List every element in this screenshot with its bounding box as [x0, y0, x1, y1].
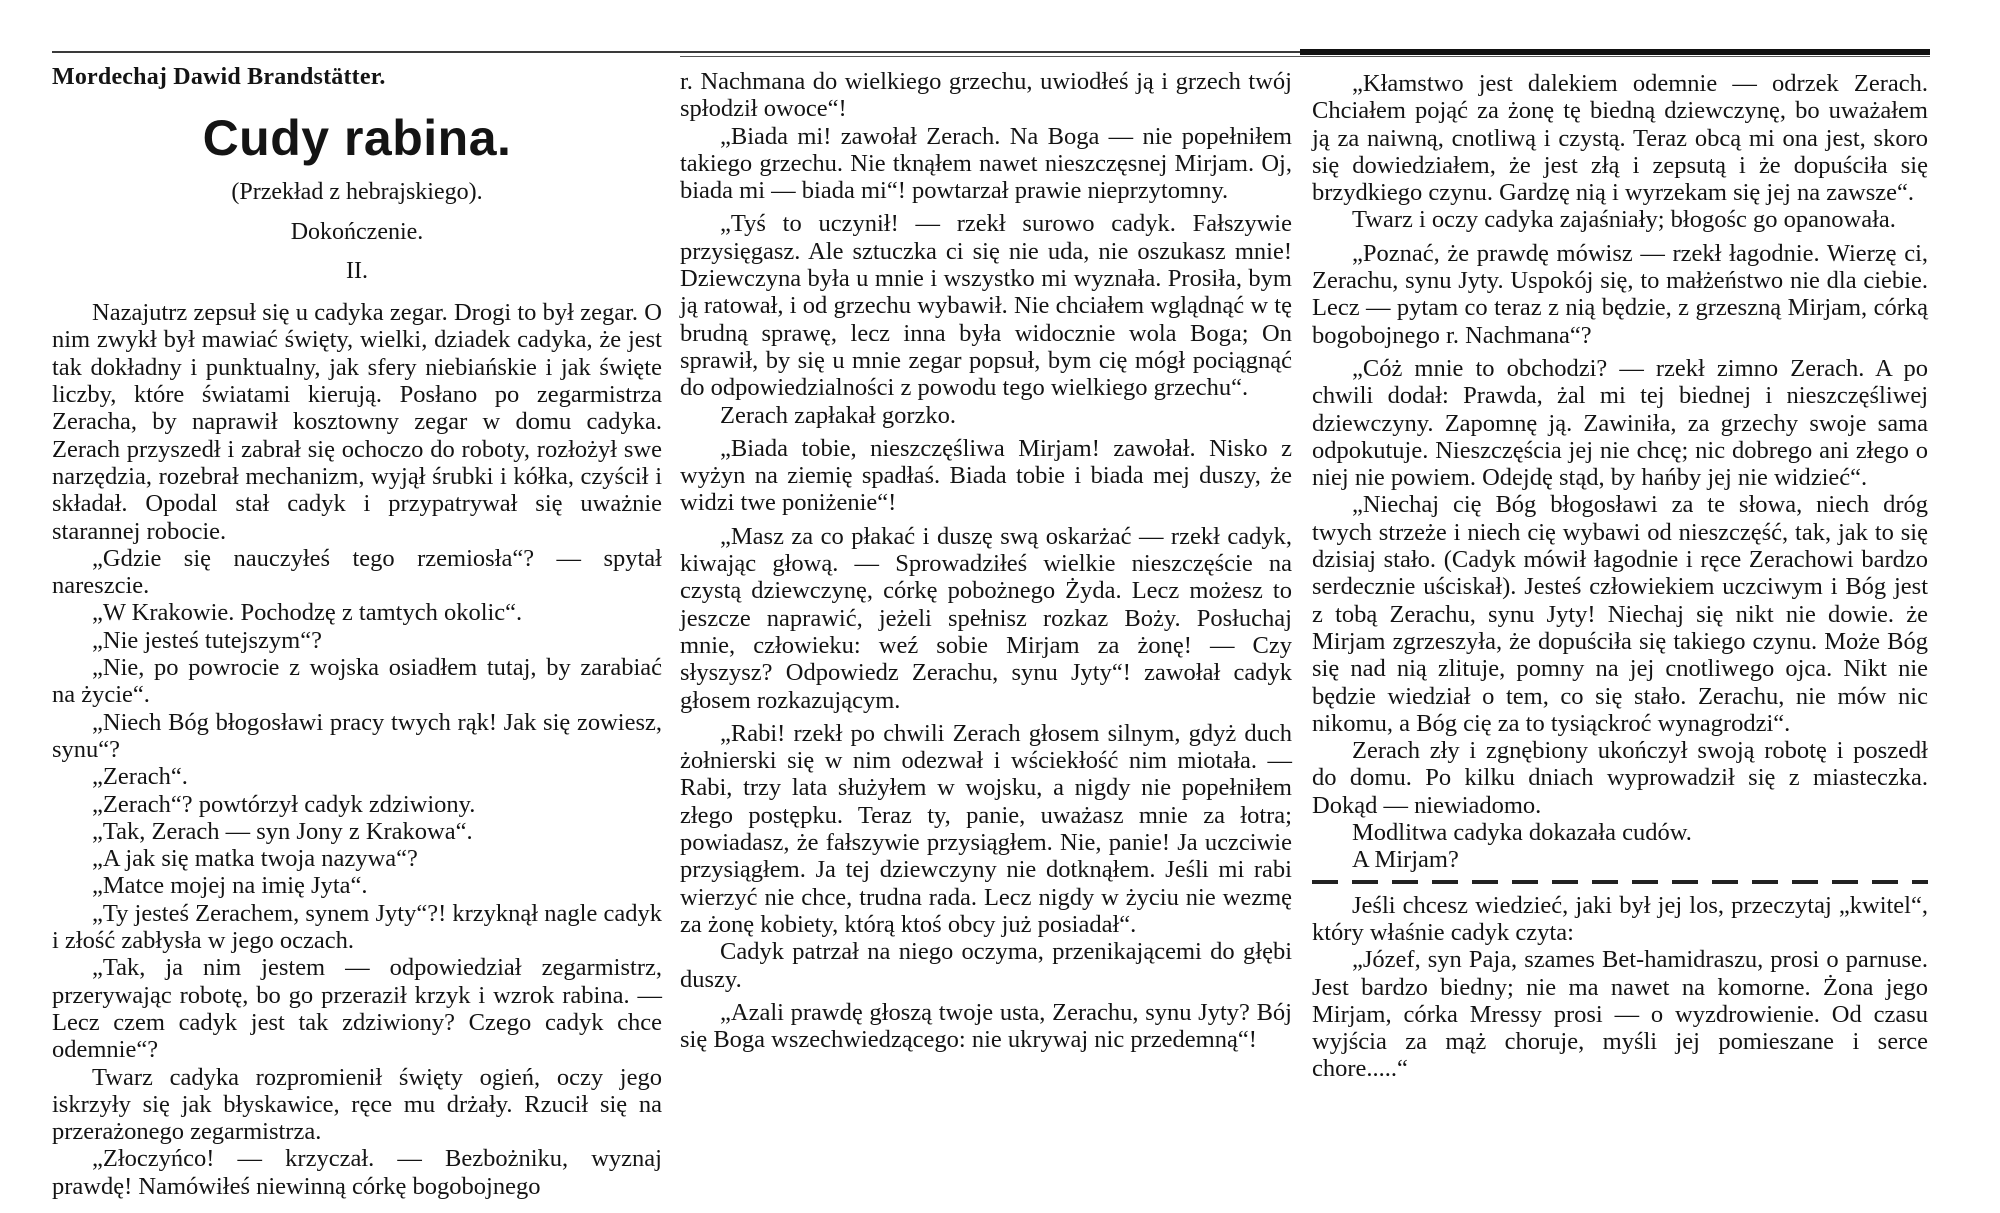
- paragraph: „Gdzie się nauczyłeś tego rzemiosła“? — …: [52, 545, 662, 600]
- paragraph: „Biada mi! zawołał Zerach. Na Boga — nie…: [680, 123, 1292, 205]
- paragraph: „Kłamstwo jest dalekiem odemnie — odrzek…: [1312, 70, 1928, 206]
- paragraph: „Zerach“? powtórzył cadyk zdziwiony.: [52, 791, 662, 818]
- paragraph: „Ty jesteś Zerachem, synem Jyty“?! krzyk…: [52, 900, 662, 955]
- paragraph: „Azali prawdę głoszą twoje usta, Zerachu…: [680, 999, 1292, 1054]
- paragraph: „Cóż mnie to obchodzi? — rzekł zimno Zer…: [1312, 355, 1928, 491]
- column-3: „Kłamstwo jest dalekiem odemnie — odrzek…: [1312, 70, 1928, 1083]
- paragraph: r. Nachmana do wielkiego grzechu, uwiodł…: [680, 68, 1292, 123]
- paragraph: „Poznać, że prawdę mówisz — rzekł łagodn…: [1312, 240, 1928, 349]
- paragraph: „Tak, ja nim jestem — odpowiedział zegar…: [52, 954, 662, 1063]
- paragraph: „A jak się matka twoja nazywa“?: [52, 845, 662, 872]
- paragraph: „Niechaj cię Bóg błogosławi za te słowa,…: [1312, 491, 1928, 737]
- paragraph: Zerach zapłakał gorzko.: [680, 402, 1292, 429]
- author-byline: Mordechaj Dawid Brandstätter.: [52, 64, 662, 91]
- paragraph: „Zerach“.: [52, 763, 662, 790]
- paragraph: Jeśli chcesz wiedzieć, jaki był jej los,…: [1312, 892, 1928, 947]
- paragraph: „Tyś to uczynił! — rzekł surowo cadyk. F…: [680, 210, 1292, 401]
- section-number: II.: [52, 258, 662, 285]
- column-2: r. Nachmana do wielkiego grzechu, uwiodł…: [680, 68, 1292, 1053]
- paragraph: Modlitwa cadyka dokazała cudów.: [1312, 819, 1928, 846]
- paragraph: „Niech Bóg błogosławi pracy twych rąk! J…: [52, 709, 662, 764]
- paragraph: „Nie, po powrocie z wojska osiadłem tuta…: [52, 654, 662, 709]
- paragraph: „Złoczyńco! — krzyczał. — Bezbożniku, wy…: [52, 1145, 662, 1200]
- paragraph: „Masz za co płakać i duszę swą oskarżać …: [680, 523, 1292, 714]
- paragraph: „Józef, syn Paja, szames Bet-hamidraszu,…: [1312, 946, 1928, 1082]
- column-1: Mordechaj Dawid Brandstätter. Cudy rabin…: [52, 64, 662, 1200]
- paragraph: „Tak, Zerach — syn Jony z Krakowa“.: [52, 818, 662, 845]
- paragraph: „Rabi! rzekł po chwili Zerach głosem sil…: [680, 720, 1292, 938]
- paragraph: Twarz i oczy cadyka zajaśniały; błogośc …: [1312, 206, 1928, 233]
- dashed-divider: [1312, 880, 1928, 884]
- paragraph: „Nie jesteś tutejszym“?: [52, 627, 662, 654]
- paragraph: A Mirjam?: [1312, 846, 1928, 873]
- top-rule-thick: [1300, 49, 1930, 55]
- paragraph: „Matce mojej na imię Jyta“.: [52, 872, 662, 899]
- continuation-label: Dokończenie.: [52, 219, 662, 246]
- top-rule-under: [680, 56, 1930, 57]
- paragraph: „Biada tobie, nieszczęśliwa Mirjam! zawo…: [680, 435, 1292, 517]
- paragraph: Twarz cadyka rozpromienił święty ogień, …: [52, 1064, 662, 1146]
- paragraph: Zerach zły i zgnębiony ukończył swoją ro…: [1312, 737, 1928, 819]
- article-subtitle: (Przekład z hebrajskiego).: [52, 179, 662, 206]
- article-title: Cudy rabina.: [52, 109, 662, 167]
- top-rule-thin: [52, 51, 1352, 53]
- paragraph: „W Krakowie. Pochodzę z tamtych okolic“.: [52, 599, 662, 626]
- paragraph: Nazajutrz zepsuł się u cadyka zegar. Dro…: [52, 299, 662, 545]
- paragraph: Cadyk patrzał na niego oczyma, przenikaj…: [680, 938, 1292, 993]
